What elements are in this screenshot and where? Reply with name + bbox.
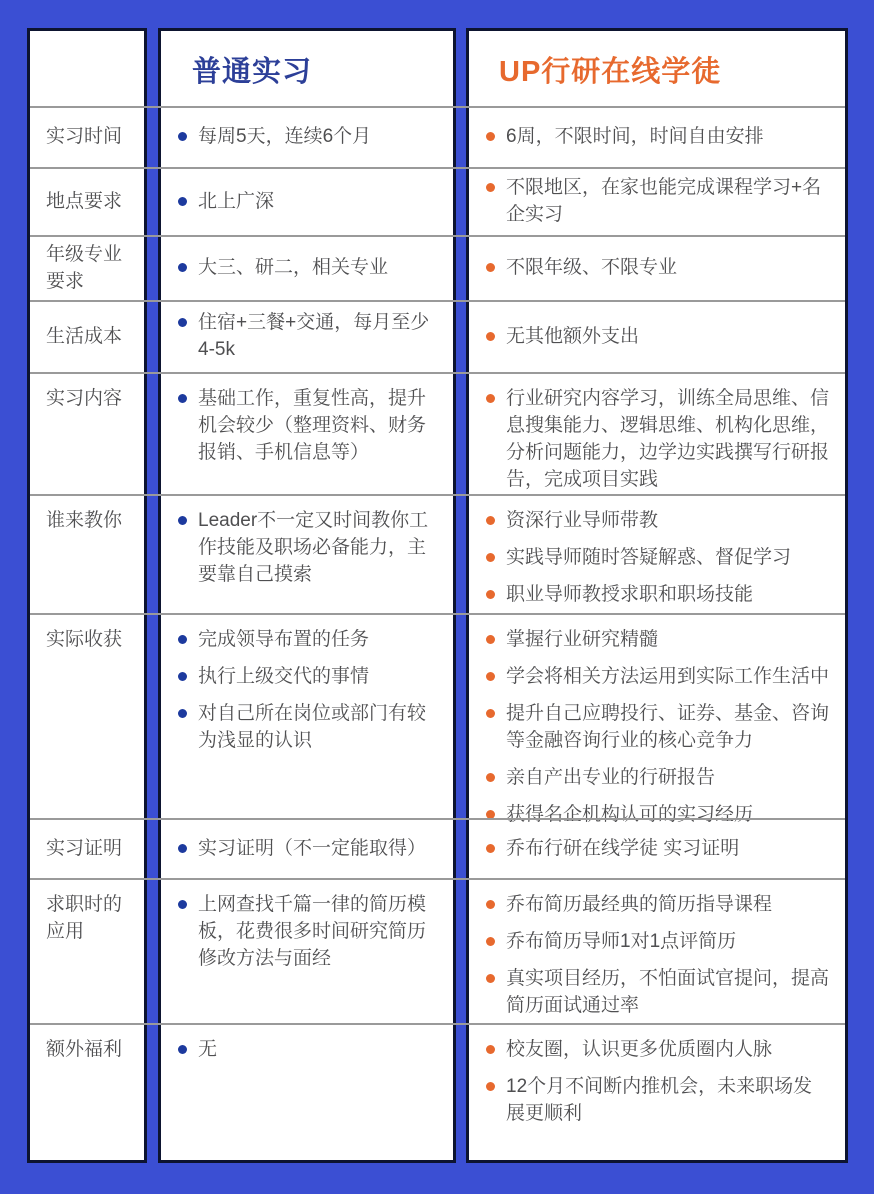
row-label-cell: 实习时间 [30, 106, 144, 167]
row-label-cell: 年级专业要求 [30, 235, 144, 300]
bullet-item: 北上广深 [177, 188, 435, 215]
bullet-item: 实践导师随时答疑解惑、督促学习 [485, 544, 829, 571]
bullet-item: 学会将相关方法运用到实际工作生活中 [485, 663, 829, 690]
bullet-item: 乔布行研在线学徒 实习证明 [485, 835, 829, 862]
plain-internship-cell: 实习证明（不一定能取得） [161, 818, 453, 878]
bullet-text: 实践导师随时答疑解惑、督促学习 [506, 544, 829, 571]
plain-internship-cell: 基础工作，重复性高，提升机会较少（整理资料、财务报销、手机信息等） [161, 372, 453, 494]
bullet-text: 无 [198, 1036, 435, 1063]
row-label: 谁来教你 [46, 507, 126, 534]
bullet-dot-icon [486, 1045, 495, 1054]
up-apprentice-cell: 无其他额外支出 [469, 300, 843, 372]
row-label-cell: 实际收获 [30, 613, 144, 818]
bullet-text: 上网查找千篇一律的简历模板，花费很多时间研究简历修改方法与面经 [198, 891, 435, 972]
row-divider [30, 613, 845, 615]
bullet-item: 上网查找千篇一律的简历模板，花费很多时间研究简历修改方法与面经 [177, 891, 435, 972]
bullet-dot-icon [178, 635, 187, 644]
bullet-item: 乔布简历导师1对1点评简历 [485, 928, 829, 955]
row-label: 额外福利 [46, 1036, 126, 1063]
bullet-item: 6周，不限时间，时间自由安排 [485, 123, 829, 150]
bullet-text: 每周5天，连续6个月 [198, 123, 435, 150]
bullet-dot-icon [486, 937, 495, 946]
column-title-up-apprentice: UP行研在线学徒 [499, 52, 721, 92]
bullet-text: 6周，不限时间，时间自由安排 [506, 123, 829, 150]
row-label-cell: 地点要求 [30, 167, 144, 235]
content-layer: 普通实习 UP行研在线学徒 实习时间每周5天，连续6个月6周，不限时间，时间自由… [27, 28, 848, 1163]
up-apprentice-cell: 资深行业导师带教实践导师随时答疑解惑、督促学习职业导师教授求职和职场技能 [469, 494, 843, 613]
row-label: 实习内容 [46, 385, 126, 412]
up-apprentice-cell: 乔布简历最经典的简历指导课程乔布简历导师1对1点评简历真实项目经历，不怕面试官提… [469, 878, 843, 1023]
row-divider [30, 878, 845, 880]
bullet-text: Leader不一定又时间教你工作技能及职场必备能力，主要靠自己摸索 [198, 507, 435, 588]
row-label: 求职时的应用 [46, 891, 126, 945]
comparison-table: 普通实习 UP行研在线学徒 实习时间每周5天，连续6个月6周，不限时间，时间自由… [27, 28, 848, 1163]
bullet-item: 基础工作，重复性高，提升机会较少（整理资料、财务报销、手机信息等） [177, 385, 435, 466]
bullet-text: 掌握行业研究精髓 [506, 626, 829, 653]
bullet-text: 实习证明（不一定能取得） [198, 835, 435, 862]
row-divider [30, 372, 845, 374]
bullet-text: 基础工作，重复性高，提升机会较少（整理资料、财务报销、手机信息等） [198, 385, 435, 466]
row-label: 实际收获 [46, 626, 126, 653]
bullet-text: 完成领导布置的任务 [198, 626, 435, 653]
bullet-text: 校友圈，认识更多优质圈内人脉 [506, 1036, 829, 1063]
row-label-cell: 实习内容 [30, 372, 144, 494]
bullet-text: 乔布行研在线学徒 实习证明 [506, 835, 829, 862]
bullet-dot-icon [178, 263, 187, 272]
bullet-dot-icon [486, 332, 495, 341]
bullet-item: 掌握行业研究精髓 [485, 626, 829, 653]
plain-internship-cell: Leader不一定又时间教你工作技能及职场必备能力，主要靠自己摸索 [161, 494, 453, 613]
bullet-item: 大三、研二，相关专业 [177, 254, 435, 281]
plain-internship-cell: 每周5天，连续6个月 [161, 106, 453, 167]
bullet-item: 完成领导布置的任务 [177, 626, 435, 653]
bullet-dot-icon [178, 844, 187, 853]
bullet-dot-icon [178, 672, 187, 681]
bullet-text: 职业导师教授求职和职场技能 [506, 581, 829, 608]
bullet-item: 行业研究内容学习，训练全局思维、信息搜集能力、逻辑思维、机构化思维，分析问题能力… [485, 385, 829, 493]
bullet-dot-icon [178, 318, 187, 327]
bullet-dot-icon [486, 553, 495, 562]
row-label: 年级专业要求 [46, 241, 126, 295]
bullet-text: 行业研究内容学习，训练全局思维、信息搜集能力、逻辑思维、机构化思维，分析问题能力… [506, 385, 829, 493]
bullet-text: 不限年级、不限专业 [506, 254, 829, 281]
row-label: 实习时间 [46, 123, 126, 150]
bullet-dot-icon [486, 516, 495, 525]
bullet-item: Leader不一定又时间教你工作技能及职场必备能力，主要靠自己摸索 [177, 507, 435, 588]
row-divider [30, 106, 845, 108]
bullet-text: 执行上级交代的事情 [198, 663, 435, 690]
bullet-dot-icon [486, 900, 495, 909]
bullet-text: 北上广深 [198, 188, 435, 215]
bullet-item: 对自己所在岗位或部门有较为浅显的认识 [177, 700, 435, 754]
row-label-cell: 额外福利 [30, 1023, 144, 1160]
bullet-item: 不限地区，在家也能完成课程学习+名企实习 [485, 174, 829, 228]
plain-internship-cell: 住宿+三餐+交通，每月至少4-5k [161, 300, 453, 372]
up-apprentice-cell: 掌握行业研究精髓学会将相关方法运用到实际工作生活中提升自己应聘投行、证券、基金、… [469, 613, 843, 818]
row-label: 地点要求 [46, 188, 126, 215]
bullet-dot-icon [486, 672, 495, 681]
bullet-item: 住宿+三餐+交通，每月至少4-5k [177, 309, 435, 363]
row-divider [30, 300, 845, 302]
row-divider [30, 167, 845, 169]
bullet-dot-icon [486, 394, 495, 403]
row-label-cell: 实习证明 [30, 818, 144, 878]
bullet-item: 每周5天，连续6个月 [177, 123, 435, 150]
plain-internship-cell: 完成领导布置的任务执行上级交代的事情对自己所在岗位或部门有较为浅显的认识 [161, 613, 453, 818]
bullet-item: 真实项目经历，不怕面试官提问，提高简历面试通过率 [485, 965, 829, 1019]
comparison-infographic: 普通实习 UP行研在线学徒 实习时间每周5天，连续6个月6周，不限时间，时间自由… [0, 0, 874, 1194]
bullet-item: 亲自产出专业的行研报告 [485, 764, 829, 791]
bullet-dot-icon [486, 773, 495, 782]
bullet-item: 实习证明（不一定能取得） [177, 835, 435, 862]
bullet-text: 提升自己应聘投行、证券、基金、咨询等金融咨询行业的核心竞争力 [506, 700, 829, 754]
bullet-dot-icon [178, 197, 187, 206]
bullet-item: 职业导师教授求职和职场技能 [485, 581, 829, 608]
bullet-item: 乔布简历最经典的简历指导课程 [485, 891, 829, 918]
bullet-dot-icon [486, 844, 495, 853]
bullet-text: 无其他额外支出 [506, 323, 829, 350]
bullet-item: 无 [177, 1036, 435, 1063]
row-label: 实习证明 [46, 835, 126, 862]
column-title-plain-internship: 普通实习 [192, 52, 312, 92]
bullet-item: 12个月不间断内推机会，未来职场发展更顺利 [485, 1073, 829, 1127]
plain-internship-cell: 无 [161, 1023, 453, 1160]
bullet-item: 无其他额外支出 [485, 323, 829, 350]
bullet-dot-icon [486, 1082, 495, 1091]
bullet-dot-icon [178, 1045, 187, 1054]
row-label-cell: 求职时的应用 [30, 878, 144, 1023]
bullet-text: 对自己所在岗位或部门有较为浅显的认识 [198, 700, 435, 754]
row-divider [30, 235, 845, 237]
plain-internship-cell: 北上广深 [161, 167, 453, 235]
bullet-text: 乔布简历导师1对1点评简历 [506, 928, 829, 955]
up-apprentice-cell: 行业研究内容学习，训练全局思维、信息搜集能力、逻辑思维、机构化思维，分析问题能力… [469, 372, 843, 494]
bullet-dot-icon [486, 590, 495, 599]
bullet-dot-icon [178, 394, 187, 403]
bullet-text: 乔布简历最经典的简历指导课程 [506, 891, 829, 918]
bullet-text: 亲自产出专业的行研报告 [506, 764, 829, 791]
row-divider [30, 494, 845, 496]
bullet-dot-icon [178, 132, 187, 141]
bullet-text: 学会将相关方法运用到实际工作生活中 [506, 663, 829, 690]
row-label: 生活成本 [46, 323, 126, 350]
bullet-text: 真实项目经历，不怕面试官提问，提高简历面试通过率 [506, 965, 829, 1019]
bullet-dot-icon [178, 516, 187, 525]
row-divider [30, 1023, 845, 1025]
bullet-dot-icon [178, 709, 187, 718]
up-apprentice-cell: 校友圈，认识更多优质圈内人脉12个月不间断内推机会，未来职场发展更顺利 [469, 1023, 843, 1160]
bullet-dot-icon [486, 183, 495, 192]
bullet-text: 住宿+三餐+交通，每月至少4-5k [198, 309, 435, 363]
bullet-item: 执行上级交代的事情 [177, 663, 435, 690]
row-divider [30, 818, 845, 820]
row-label-cell: 生活成本 [30, 300, 144, 372]
row-label-cell: 谁来教你 [30, 494, 144, 613]
bullet-dot-icon [486, 635, 495, 644]
up-apprentice-cell: 乔布行研在线学徒 实习证明 [469, 818, 843, 878]
bullet-text: 12个月不间断内推机会，未来职场发展更顺利 [506, 1073, 829, 1127]
bullet-dot-icon [486, 132, 495, 141]
bullet-text: 大三、研二，相关专业 [198, 254, 435, 281]
bullet-dot-icon [486, 709, 495, 718]
up-apprentice-cell: 不限地区，在家也能完成课程学习+名企实习 [469, 167, 843, 235]
bullet-dot-icon [178, 900, 187, 909]
bullet-item: 提升自己应聘投行、证券、基金、咨询等金融咨询行业的核心竞争力 [485, 700, 829, 754]
plain-internship-cell: 大三、研二，相关专业 [161, 235, 453, 300]
up-apprentice-cell: 不限年级、不限专业 [469, 235, 843, 300]
bullet-item: 不限年级、不限专业 [485, 254, 829, 281]
bullet-dot-icon [486, 974, 495, 983]
bullet-item: 校友圈，认识更多优质圈内人脉 [485, 1036, 829, 1063]
up-apprentice-cell: 6周，不限时间，时间自由安排 [469, 106, 843, 167]
bullet-text: 不限地区，在家也能完成课程学习+名企实习 [506, 174, 829, 228]
bullet-item: 资深行业导师带教 [485, 507, 829, 534]
bullet-text: 资深行业导师带教 [506, 507, 829, 534]
bullet-dot-icon [486, 263, 495, 272]
plain-internship-cell: 上网查找千篇一律的简历模板，花费很多时间研究简历修改方法与面经 [161, 878, 453, 1023]
